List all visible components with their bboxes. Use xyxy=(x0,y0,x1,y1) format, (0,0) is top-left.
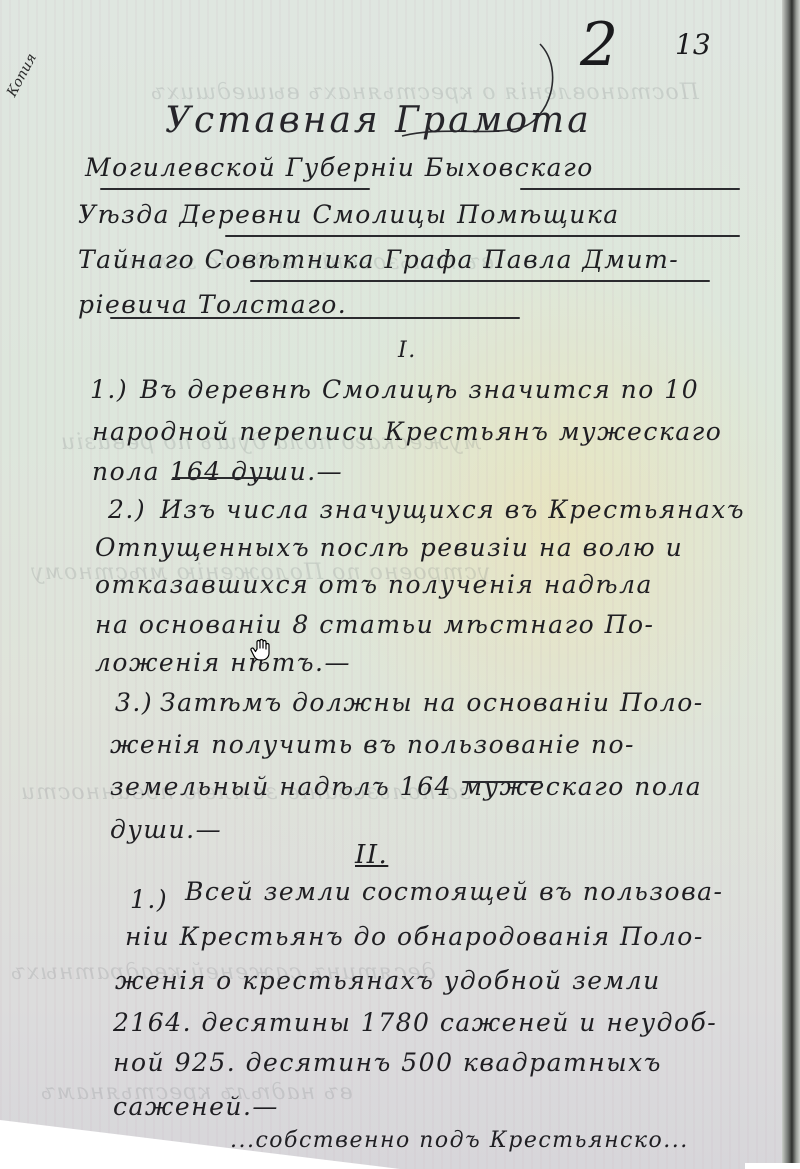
underline xyxy=(520,188,740,190)
item-text-line: Отпущенныхъ послѣ ревизіи на волю и xyxy=(95,533,683,562)
header-line: Тайнаго Совѣтника Графа Павла Дмит- xyxy=(78,245,679,274)
item-text-line: саженей.— xyxy=(113,1092,279,1121)
underline xyxy=(250,280,710,282)
item-text-line: народной переписи Крестьянъ мужескаго xyxy=(92,417,722,446)
item-text-line: Всей земли состоящей въ пользова- xyxy=(185,877,724,906)
item-text-line: земельный надѣлъ 164 мужескаго пола xyxy=(110,772,702,801)
item-text-line: женія о крестьянахъ удобной земли xyxy=(115,966,661,995)
item-text-line: Затѣмъ должны на основаніи Поло- xyxy=(160,688,704,717)
item-text-line: души.— xyxy=(110,815,222,844)
document-page: Постановленія о крестьянахъ вышедшихъ въ… xyxy=(0,0,800,1169)
trailing-text-fragment: ...собственно подъ Крестьянско... xyxy=(230,1128,689,1153)
section-numeral: I. xyxy=(398,338,417,363)
item-text-line: пола 164 души.— xyxy=(92,457,343,486)
item-text-line: на основаніи 8 статьи мѣстнаго По- xyxy=(95,610,654,639)
underline xyxy=(462,781,542,783)
underline xyxy=(100,188,370,190)
header-line: ріевича Толстаго. xyxy=(78,290,347,319)
item-number: 3.) xyxy=(115,688,153,717)
document-title: Уставная Грамота xyxy=(165,100,592,141)
hand-cursor-icon xyxy=(250,638,272,662)
page-binding-edge xyxy=(782,0,800,1169)
item-number: 1.) xyxy=(130,885,168,914)
item-number: 2.) xyxy=(108,495,146,524)
header-line: Уѣзда Деревни Смолицы Помѣщика xyxy=(78,200,620,229)
underline xyxy=(225,235,740,237)
item-text-line: ной 925. десятинъ 500 квадратныхъ xyxy=(113,1048,662,1077)
item-text-line: ніи Крестьянъ до обнародованія Поло- xyxy=(125,922,704,951)
item-number: 1.) xyxy=(90,375,128,404)
underline xyxy=(172,477,272,479)
item-text-line: женія получить въ пользованіе по- xyxy=(110,730,635,759)
header-line: Могилевской Губерніи Быховскаго xyxy=(85,153,594,182)
section-numeral: II. xyxy=(355,840,388,870)
folio-number-small: 13 xyxy=(675,28,711,61)
item-text-line: ложенія нѣтъ.— xyxy=(95,648,351,677)
item-text-line: Изъ числа значущихся въ Крестьянахъ xyxy=(160,495,745,524)
item-text-line: отказавшихся отъ полученія надѣла xyxy=(95,570,653,599)
underline xyxy=(110,317,520,319)
margin-note: Копия xyxy=(4,51,40,100)
item-text-line: Въ деревнѣ Смолицѣ значится по 10 xyxy=(140,375,699,404)
item-text-line: 2164. десятины 1780 саженей и неудоб- xyxy=(113,1008,717,1037)
